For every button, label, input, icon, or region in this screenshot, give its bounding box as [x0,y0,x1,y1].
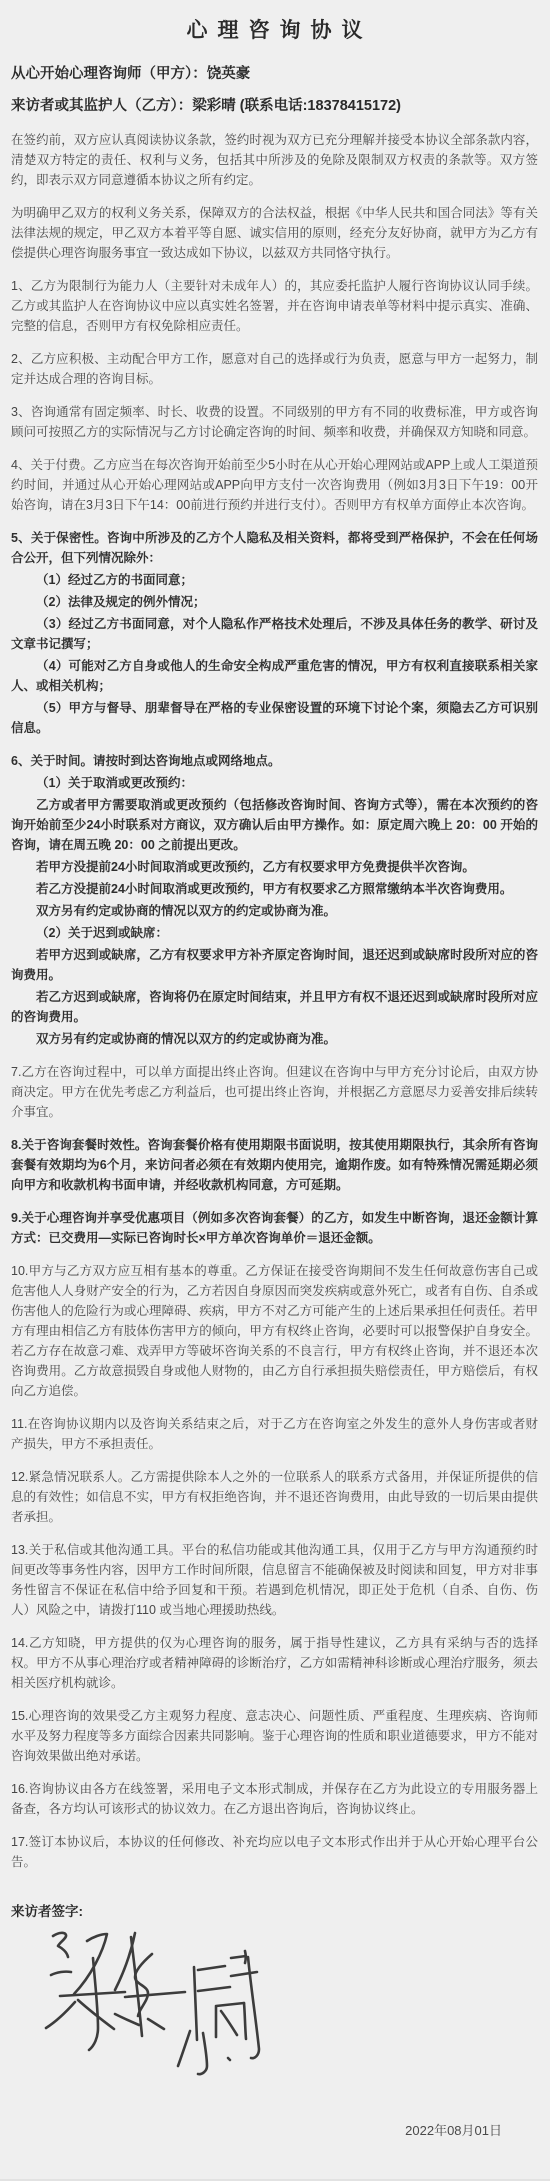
agreement-paragraph: 13.关于私信或其他沟通工具。平台的私信功能或其他沟通工具，仅用于乙方与甲方沟通… [11,1540,538,1620]
agreement-paragraph: 10.甲方与乙方双方应互相有基本的尊重。乙方保证在接受咨询期间不发生任何故意伤害… [11,1261,538,1401]
signature-date: 2022年08月01日 [11,2120,502,2139]
agreement-paragraph: 若乙方没提前24小时间取消或更改预约，甲方有权要求乙方照常缴纳本半次咨询费用。 [11,879,538,899]
party-b-label: 来访者或其监护人（乙方）： [11,98,192,114]
visitor-signature [31,1928,538,2080]
agreement-paragraph: 15.心理咨询的效果受乙方主观努力程度、意志决心、问题性质、严重程度、生理疾病、… [11,1706,538,1766]
agreement-paragraph: 4、关于付费。乙方应当在每次咨询开始前至少5小时在从心开始心理网站或APP上或人… [11,455,538,515]
agreement-paragraph: 12.紧急情况联系人。乙方需提供除本人之外的一位联系人的联系方式备用，并保证所提… [11,1467,538,1527]
agreement-paragraph: 乙方或者甲方需要取消或更改预约（包括修改咨询时间、咨询方式等），需在本次预约的咨… [11,795,538,855]
agreement-paragraph: 9.关于心理咨询并享受优惠项目（例如多次咨询套餐）的乙方，如发生中断咨询，退还金… [11,1208,538,1248]
agreement-paragraph: 1、乙方为限制行为能力人（主要针对未成年人）的，其应委托监护人履行咨询协议认同手… [11,276,538,336]
agreement-paragraph: 双方另有约定或协商的情况以双方的约定或协商为准。 [11,1029,538,1049]
party-a-value: 饶英豪 [207,66,251,82]
party-b-value: 梁彩晴 (联系电话:18378415172) [192,98,401,114]
agreement-paragraph: 若甲方没提前24小时间取消或更改预约，乙方有权要求甲方免费提供半次咨询。 [11,857,538,877]
agreement-paragraph: （1）关于取消或更改预约： [11,773,538,793]
agreement-paragraph: 双方另有约定或协商的情况以双方的约定或协商为准。 [11,901,538,921]
agreement-paragraph: 若甲方迟到或缺席，乙方有权要求甲方补齐原定咨询时间，退还迟到或缺席时段所对应的咨… [11,945,538,985]
visitor-signature-label: 来访者签字: [11,1900,538,1920]
agreement-paragraph: （4）可能对乙方自身或他人的生命安全构成严重危害的情况，甲方有权利直接联系相关家… [11,656,538,696]
agreement-paragraph: 17.签订本协议后，本协议的任何修改、补充均应以电子文本形式作出并于从心开始心理… [11,1832,538,1872]
agreement-paragraph: 2、乙方应积极、主动配合甲方工作，愿意对自己的选择或行为负责，愿意与甲方一起努力… [11,349,538,389]
agreement-paragraph: 5、关于保密性。咨询中所涉及的乙方个人隐私及相关资料，都将受到严格保护，不会在任… [11,528,538,568]
agreement-paragraph: 11.在咨询协议期内以及咨询关系结束之后，对于乙方在咨询室之外发生的意外人身伤害… [11,1414,538,1454]
agreement-paragraph: 14.乙方知晓，甲方提供的仅为心理咨询的服务，属于指导性建议，乙方具有采纳与否的… [11,1633,538,1693]
page-title: 心理咨询协议 [11,14,538,44]
agreement-paragraph: 为明确甲乙双方的权利义务关系，保障双方的合法权益，根据《中华人民共和国合同法》等… [11,203,538,263]
agreement-paragraph: 8.关于咨询套餐时效性。咨询套餐价格有使用期限书面说明，按其使用期限执行，其余所… [11,1135,538,1195]
agreement-paragraph: （1）经过乙方的书面同意； [11,570,538,590]
agreement-document: 心理咨询协议 从心开始心理咨询师（甲方）：饶英豪 来访者或其监护人（乙方）：梁彩… [0,0,550,2179]
agreement-paragraph: 在签约前，双方应认真阅读协议条款，签约时视为双方已充分理解并接受本协议全部条款内… [11,130,538,190]
agreement-paragraph: （5）甲方与督导、朋辈督导在严格的专业保密设置的环境下讨论个案，须隐去乙方可识别… [11,698,538,738]
agreement-paragraph: （2）法律及规定的例外情况； [11,592,538,612]
party-a-label: 从心开始心理咨询师（甲方）： [11,66,207,82]
party-a-line: 从心开始心理咨询师（甲方）：饶英豪 [11,64,538,85]
agreement-paragraph: （2）关于迟到或缺席： [11,923,538,943]
agreement-body: 在签约前，双方应认真阅读协议条款，签约时视为双方已充分理解并接受本协议全部条款内… [11,130,538,1872]
party-b-line: 来访者或其监护人（乙方）：梁彩晴 (联系电话:18378415172) [11,96,538,117]
agreement-paragraph: 16.咨询协议由各方在线签署，采用电子文本形式制成，并保存在乙方为此设立的专用服… [11,1779,538,1819]
agreement-paragraph: （3）经过乙方书面同意，对个人隐私作严格技术处理后，不涉及具体任务的教学、研讨及… [11,614,538,654]
agreement-paragraph: 7.乙方在咨询过程中，可以单方面提出终止咨询。但建议在咨询中与甲方充分讨论后，由… [11,1062,538,1122]
agreement-paragraph: 3、咨询通常有固定频率、时长、收费的设置。不同级别的甲方有不同的收费标准，甲方或… [11,402,538,442]
agreement-paragraph: 6、关于时间。请按时到达咨询地点或网络地点。 [11,751,538,771]
handwritten-signature-image [31,1928,266,2078]
agreement-paragraph: 若乙方迟到或缺席，咨询将仍在原定时间结束，并且甲方有权不退还迟到或缺席时段所对应… [11,987,538,1027]
